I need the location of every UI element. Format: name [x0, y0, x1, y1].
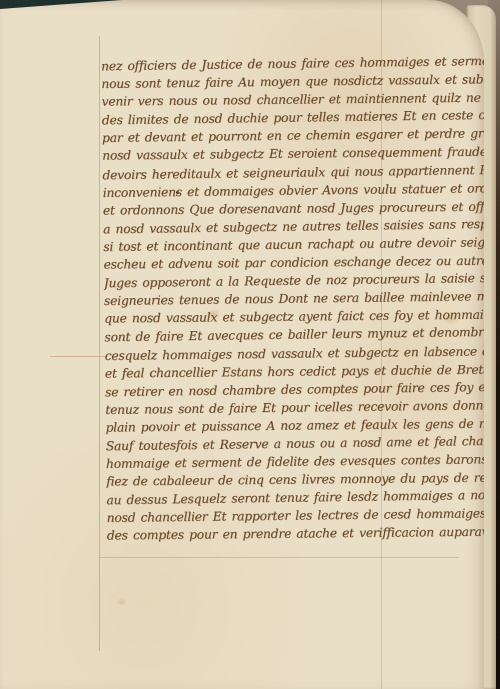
- book-photo: nez officiers de Justice de nous faire c…: [0, 0, 500, 689]
- text-line: des comptes pour en prendre atache et ve…: [107, 523, 484, 545]
- margin-rule-horizontal-upper: [50, 356, 107, 357]
- binding-shadow-top-left: [0, 0, 122, 9]
- margin-rule-vertical: [99, 36, 100, 651]
- manuscript-text: nez officiers de Justice de nous faire c…: [101, 52, 484, 555]
- manuscript-page: nez officiers de Justice de nous faire c…: [0, 0, 484, 689]
- margin-rule-horizontal-lower: [99, 557, 459, 558]
- stain: [116, 598, 127, 606]
